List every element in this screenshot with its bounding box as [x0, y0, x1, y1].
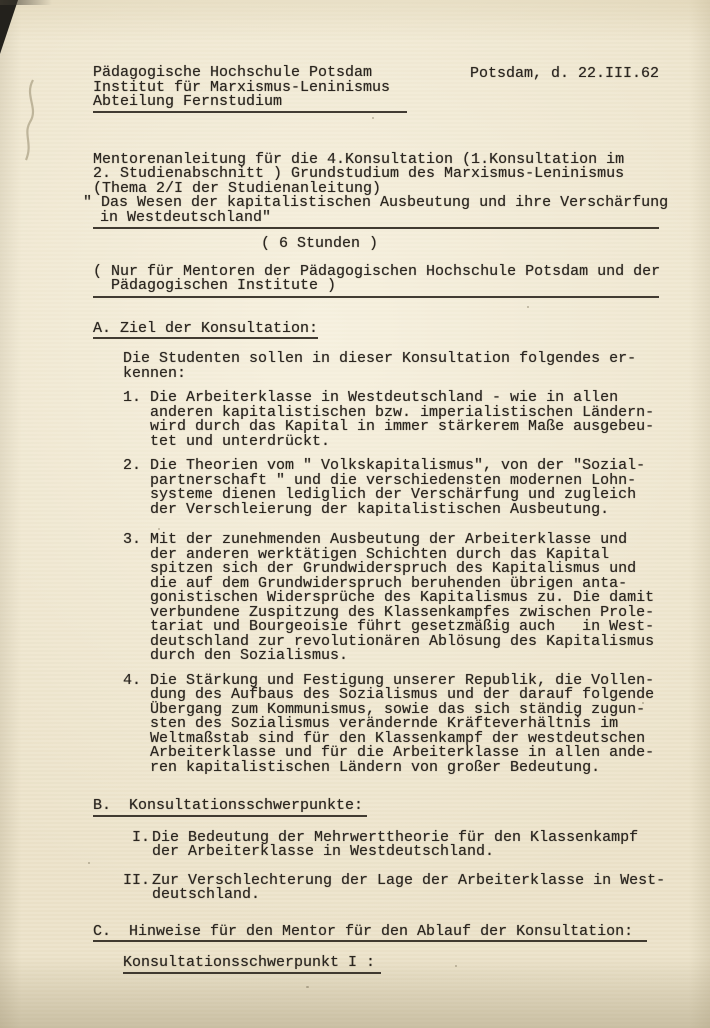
item-text: Die Bedeutung der Mehrwerttheorie für de…	[152, 831, 638, 860]
text-line: ren kapitalistischen Ländern von großer …	[150, 761, 654, 776]
duration-line: ( 6 Stunden )	[261, 237, 689, 252]
intro-line: Die Studenten sollen in dieser Konsultat…	[123, 352, 689, 367]
section-c-subheading-row: Konsultationsschwerpunkt I :	[123, 956, 689, 974]
item-number: I.	[123, 831, 152, 860]
item-number: 3.	[123, 533, 150, 664]
date-line: Potsdam, d. 22.III.62	[470, 67, 659, 82]
list-item-roman-1: I. Die Bedeutung der Mehrwerttheorie für…	[123, 831, 689, 860]
section-a: A. Ziel der Konsultation:	[93, 322, 689, 340]
section-c-subheading: Konsultationsschwerpunkt I :	[123, 956, 381, 974]
list-item-roman-2: II. Zur Verschlechterung der Lage der Ar…	[123, 874, 689, 903]
document-title: Mentorenanleitung für die 4.Konsultation…	[93, 153, 689, 230]
scan-corner-artifact	[0, 0, 18, 54]
item-number: II.	[123, 874, 152, 903]
item-text: Zur Verschlechterung der Lage der Arbeit…	[152, 874, 665, 903]
section-a-heading: A. Ziel der Konsultation:	[93, 322, 318, 340]
item-number: 1.	[123, 391, 150, 449]
section-c-heading: C. Hinweise für den Mentor für den Ablau…	[93, 925, 647, 943]
title-quote-line: in Westdeutschland"	[93, 211, 659, 226]
letterhead: Pädagogische Hochschule Potsdam Institut…	[93, 66, 689, 113]
list-item-1: 1. Die Arbeiterklasse in Westdeutschland…	[123, 391, 689, 449]
section-b-heading: B. Konsultationsschwerpunkte:	[93, 799, 367, 817]
section-a-intro: Die Studenten sollen in dieser Konsultat…	[123, 352, 689, 381]
item-number: 4.	[123, 674, 150, 776]
section-c: C. Hinweise für den Mentor für den Ablau…	[93, 925, 689, 943]
text-line: deutschland.	[152, 888, 665, 903]
section-b: B. Konsultationsschwerpunkte:	[93, 799, 689, 817]
letterhead-rule: Abteilung Fernstudium	[93, 95, 407, 113]
paper-speck	[88, 862, 90, 864]
audience-line: Pädagogischen Institute )	[93, 279, 659, 294]
paper-speck	[306, 986, 309, 988]
scanned-document-page: Pädagogische Hochschule Potsdam Institut…	[0, 0, 710, 1028]
scan-edge-smudge	[0, 0, 52, 5]
text-line: der Verschleierung der kapitalistischen …	[150, 503, 645, 518]
item-text: Die Arbeiterklasse in Westdeutschland - …	[150, 391, 654, 449]
title-rule: in Westdeutschland"	[93, 211, 659, 230]
text-line: durch den Sozialismus.	[150, 649, 654, 664]
org-department-line: Abteilung Fernstudium	[93, 95, 407, 110]
item-text: Mit der zunehmenden Ausbeutung der Arbei…	[150, 533, 654, 664]
list-item-4: 4. Die Stärkung und Festigung unserer Re…	[123, 674, 689, 776]
audience-note: ( Nur für Mentoren der Pädagogischen Hoc…	[93, 265, 659, 298]
item-text: Die Theorien vom " Volkskapitalismus", v…	[150, 459, 645, 517]
list-item-2: 2. Die Theorien vom " Volkskapitalismus"…	[123, 459, 689, 517]
intro-line: kennen:	[123, 367, 689, 382]
paper-crease-mark	[18, 78, 54, 162]
text-line: der Arbeiterklasse in Westdeutschland.	[152, 845, 638, 860]
document-content: Pädagogische Hochschule Potsdam Institut…	[93, 66, 689, 974]
item-text: Die Stärkung und Festigung unserer Repub…	[150, 674, 654, 776]
list-item-3: 3. Mit der zunehmenden Ausbeutung der Ar…	[123, 533, 689, 664]
item-number: 2.	[123, 459, 150, 517]
text-line: tet und unterdrückt.	[150, 435, 654, 450]
